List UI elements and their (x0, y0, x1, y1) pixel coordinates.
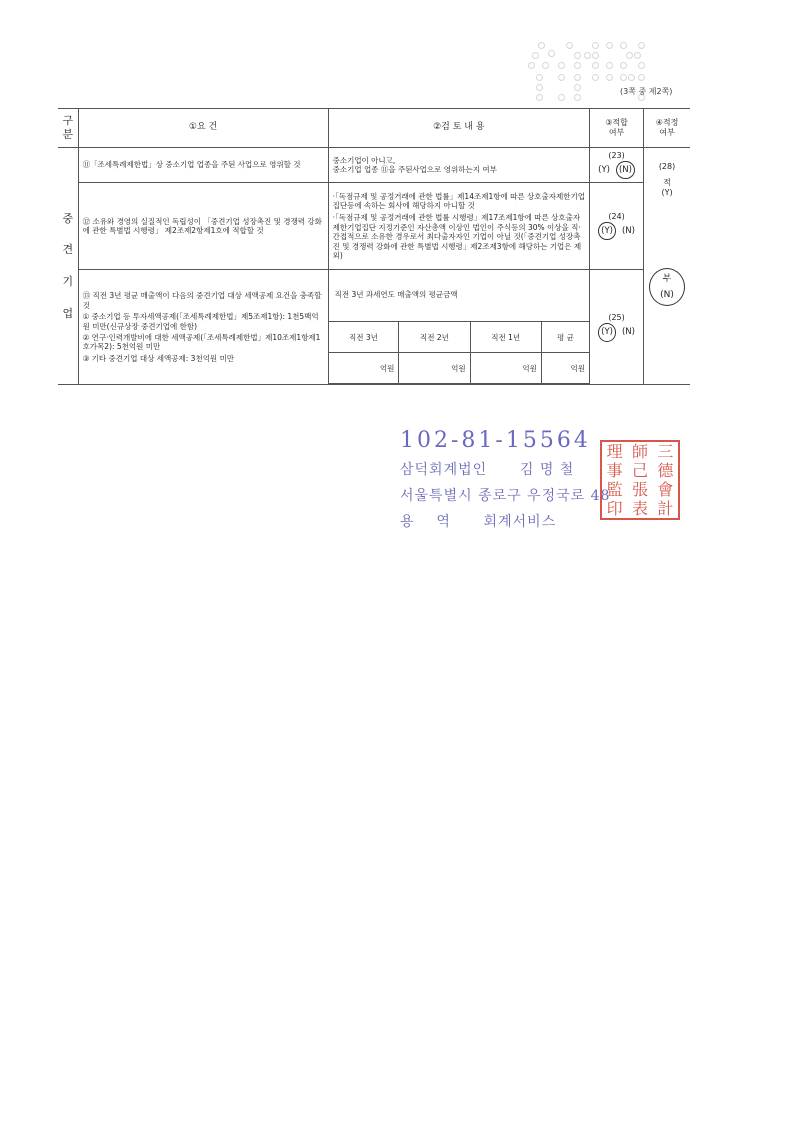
requirement-cell: ⑬ 직전 3년 평균 매출액이 다음의 중견기업 대상 세액공제 요건을 충족할… (78, 270, 328, 385)
sales-value[interactable]: 억원 (399, 353, 470, 384)
review-table: 구분 ①요 건 ②검 토 내 용 ③적합여부 ④적정여부 중 견 기 업 ⑪「조… (58, 108, 690, 385)
review-text: 직전 3년 과세연도 매출액의 평균금액 (329, 270, 589, 321)
proper-yes-label[interactable]: (Y) (648, 188, 686, 198)
header-proper: ④적정여부 (644, 109, 690, 148)
review-item: ·「독점규제 및 공정거래에 관한 법률」제14조제1항에 따른 상호출자제한기… (333, 192, 585, 211)
requirement-title: ⑬ 직전 3년 평균 매출액이 다음의 중견기업 대상 세액공제 요건을 충족할… (83, 291, 324, 310)
no-option-selected[interactable]: (N) (616, 161, 635, 180)
firm-stamp: 102-81-15564 삼덕회계법인 김 명 철 서울특별시 종로구 우정국로… (400, 428, 610, 531)
header-requirement: ①요 건 (78, 109, 328, 148)
requirement-item: ③ 기타 중견기업 대상 세액공제: 3천억원 미만 (83, 354, 324, 363)
proper-no-selected[interactable]: 부(N) (649, 268, 685, 306)
header-category: 구분 (58, 109, 78, 148)
requirement-item: ① 중소기업 등 투자세액공제(「조세특례제한법」제5조제1항): 1천5백억원… (83, 312, 324, 331)
sales-header: 직전 3년 (329, 322, 399, 353)
red-seal-icon: 理師三事己德監張會印表計 (600, 440, 680, 520)
page-number: (3쪽 중 제2쪽) (620, 86, 672, 97)
firm-name: 삼덕회계법인 김 명 철 (400, 459, 610, 479)
review-item: ·「독점규제 및 공정거래에 관한 법률 시행령」제17조제1항에 따른 상호출… (333, 213, 585, 260)
header-review: ②검 토 내 용 (328, 109, 589, 148)
fit-cell: (25) (Y)(N) (590, 270, 644, 385)
yes-option-selected[interactable]: (Y) (598, 323, 616, 342)
table-row: 중 견 기 업 ⑪「조세특례제한법」상 중소기업 업종을 주된 사업으로 영위할… (58, 148, 690, 183)
header-fit: ③적합여부 (590, 109, 644, 148)
firm-address: 서울특별시 종로구 우정국로 48 (400, 485, 610, 505)
proper-cell: (28) 적 (Y) 부(N) (644, 148, 690, 385)
table-row: ⑬ 직전 3년 평균 매출액이 다음의 중견기업 대상 세액공제 요건을 충족할… (58, 270, 690, 385)
header-row: 구분 ①요 건 ②검 토 내 용 ③적합여부 ④적정여부 (58, 109, 690, 148)
sales-header: 직전 2년 (399, 322, 470, 353)
category-char: 견 (58, 243, 78, 257)
sales-value[interactable]: 억원 (470, 353, 541, 384)
item-number: (24) (594, 212, 639, 222)
review-cell: ·「독점규제 및 공정거래에 관한 법률」제14조제1항에 따른 상호출자제한기… (328, 183, 589, 270)
category-char: 중 (58, 212, 78, 226)
requirement-item: ② 연구·인력개발비에 대한 세액공제(「조세특례제한법」제10조제1항제1호가… (83, 333, 324, 352)
fit-cell: (24) (Y)(N) (590, 183, 644, 270)
review-cell: 직전 3년 과세연도 매출액의 평균금액 직전 3년직전 2년직전 1년평 균 … (328, 270, 589, 385)
requirement-cell: ⑫ 소유와 경영의 실질적인 독립성이 「중견기업 성장촉진 및 경쟁력 강화에… (78, 183, 328, 270)
item-number: (28) (648, 162, 686, 172)
sales-value[interactable]: 억원 (329, 353, 399, 384)
category-label: 중 견 기 업 (58, 148, 78, 385)
no-option[interactable]: (N) (622, 226, 635, 237)
sales-table: 직전 3년직전 2년직전 1년평 균 억원억원억원억원 (329, 321, 589, 384)
yes-option[interactable]: (Y) (598, 165, 610, 176)
yes-option-selected[interactable]: (Y) (598, 222, 616, 241)
no-option[interactable]: (N) (622, 327, 635, 338)
item-number: (23) (594, 151, 639, 161)
item-number: (25) (594, 313, 639, 323)
firm-service: 용 역 회계서비스 (400, 511, 610, 531)
category-char: 기 (58, 275, 78, 289)
sales-header: 평 균 (541, 322, 589, 353)
review-cell: 중소기업이 아니고, 중소기업 업종 ⑪을 주된사업으로 영위하는지 여부 (328, 148, 589, 183)
proper-yes-text[interactable]: 적 (648, 178, 686, 188)
sales-header: 직전 1년 (470, 322, 541, 353)
sales-value[interactable]: 억원 (541, 353, 589, 384)
business-number: 102-81-15564 (400, 428, 610, 453)
fit-cell: (23) (Y)(N) (590, 148, 644, 183)
table-row: ⑫ 소유와 경영의 실질적인 독립성이 「중견기업 성장촉진 및 경쟁력 강화에… (58, 183, 690, 270)
requirement-cell: ⑪「조세특례제한법」상 중소기업 업종을 주된 사업으로 영위할 것 (78, 148, 328, 183)
category-char: 업 (58, 307, 78, 321)
